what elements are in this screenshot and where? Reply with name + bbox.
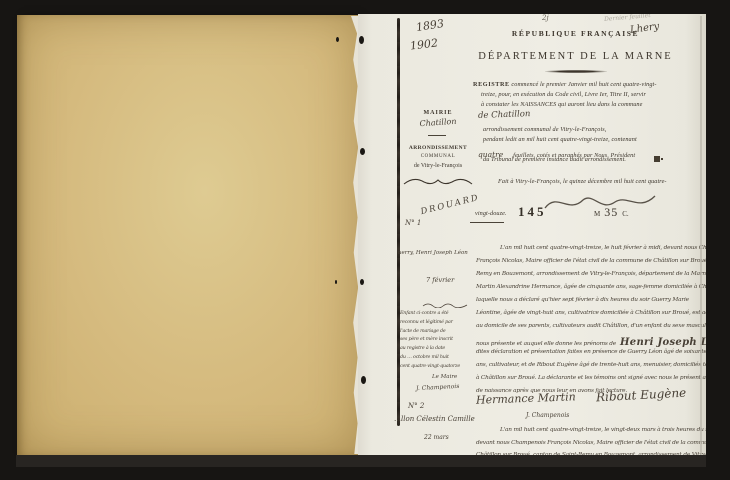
- year-annotation-bottom: 1902: [409, 36, 438, 52]
- blank-left-page: [17, 15, 358, 455]
- ornament-rule: [545, 70, 607, 73]
- act1-number: N° 1: [405, 219, 421, 227]
- binding-hole: [360, 279, 364, 285]
- act1-body-part1: L'an mil huit cent quatre-vingt-treize, …: [476, 242, 706, 333]
- folio-number: 35: [604, 205, 618, 219]
- registre-line-1-text: commencé le premier Janvier mil huit cen…: [510, 81, 657, 88]
- margin-note-line: au registre à la date: [400, 345, 460, 354]
- ink-blot-mark: [654, 156, 660, 162]
- brace-ornament-icon: [402, 176, 474, 186]
- margin-note-line: ses père et mère inscrit: [400, 336, 460, 345]
- folio-prefix: M: [594, 210, 600, 218]
- registre-line-3: à constater les NAISSANCES qui auront li…: [481, 101, 642, 108]
- binding-speck: [335, 280, 337, 284]
- act1-margin-note: Enfant ci-contre a étéreconnu et légitim…: [400, 310, 460, 372]
- act-body-line: L'an mil huit cent quatre-vingt-treize, …: [476, 424, 706, 437]
- overwritten-surname: DROUARD: [420, 193, 481, 217]
- act-body-line: dites déclaration et présentation faites…: [476, 346, 706, 359]
- margin-dash: [428, 135, 446, 136]
- act1-margin-note-signature: J. Champenois: [416, 383, 460, 392]
- page-bottom-shadow: [16, 455, 706, 467]
- binding-hole: [360, 148, 365, 155]
- closing-underline: [470, 222, 504, 223]
- register-scan: 1893 1902 2j Dernier feuillet Lhery RÉPU…: [0, 0, 730, 480]
- closing-line-1: Fait à Vitry-le-François, le quinze déce…: [498, 178, 667, 185]
- registre-line-1: REGISTRE commencé le premier Janvier mil…: [473, 81, 657, 88]
- binding-hole: [361, 376, 366, 384]
- closing-line-2: vingt-douze.: [475, 210, 507, 217]
- registre-keyword: REGISTRE: [473, 81, 510, 88]
- act-body-line: laquelle nous a déclaré qu'hier sept fév…: [476, 294, 706, 307]
- folio-suffix: C.: [622, 210, 628, 218]
- register-right-page: 1893 1902 2j Dernier feuillet Lhery RÉPU…: [358, 14, 706, 456]
- registre-line-7: du Tribunal de première instance dudit a…: [483, 156, 626, 163]
- binding-hole: [359, 36, 364, 44]
- signature-mayor: J. Champenois: [526, 412, 569, 419]
- margin-note-line: du … octobre mil huit: [400, 354, 460, 363]
- page-stack-edge: [700, 16, 702, 456]
- commune-handwritten: de Chatillon: [478, 109, 531, 121]
- folio-stamp: M 35 C.: [594, 203, 629, 221]
- act1-margin-date: 7 février: [426, 276, 454, 284]
- act1-margin-note-signoff: Le Maire: [432, 374, 457, 380]
- act-body-line: L'an mil huit cent quatre-vingt-treize, …: [476, 242, 706, 255]
- margin-note-line: l'acte de mariage de: [400, 328, 460, 337]
- margin-note-line: Enfant ci-contre a été: [400, 310, 460, 319]
- act1-margin-name: uerry, Henri Joseph Léon: [398, 250, 468, 256]
- act-body-line: ans, cultivateur, et de Ribout Eugène âg…: [476, 359, 706, 372]
- margin-note-line: reconnu et légitimé par: [400, 319, 460, 328]
- ink-mark: 2j: [542, 14, 549, 22]
- republic-title: RÉPUBLIQUE FRANÇAISE: [468, 29, 683, 38]
- communal-label: COMMUNAL: [402, 154, 474, 159]
- arrondissement-place-label: de Vitry-le-François: [398, 163, 478, 169]
- registre-line-2: treize, pour, en exécution du Code civil…: [481, 91, 646, 98]
- year-annotation-top: 1893: [415, 17, 445, 34]
- act-body-line: Martin Alexandrine Hermance, âgée de cin…: [476, 281, 706, 294]
- act-body-line: devant nous Champenois François Nicolas,…: [476, 437, 706, 450]
- pencil-note: Dernier feuillet: [604, 14, 651, 23]
- act-body-line: Remy en Bouzemont, arrondissement de Vit…: [476, 268, 706, 281]
- signature-declarant: Hermance Martin: [476, 390, 576, 406]
- arrondissement-label: ARRONDISSEMENT: [398, 145, 478, 151]
- binding-speck: [336, 37, 339, 42]
- registre-line-5: pendant ledit an mil huit cent quatre-vi…: [483, 136, 637, 143]
- act2-margin-name: …llon Célestin Camille: [394, 415, 475, 423]
- act-body-line: à Châtillon sur Broué. La déclarante et …: [476, 372, 706, 385]
- act2-body: L'an mil huit cent quatre-vingt-treize, …: [476, 424, 706, 456]
- registre-line-4: arrondissement communal de Vitry-le-Fran…: [483, 126, 606, 133]
- act2-number: N° 2: [408, 402, 424, 410]
- margin-squiggle-icon: [422, 302, 468, 308]
- act-body-line: Léontine, âgée de vingt-huit ans, cultiv…: [476, 307, 706, 320]
- act2-margin-date: 22 mars: [424, 434, 449, 441]
- margin-note-line: cent quatre-vingt-quatorze: [400, 363, 460, 372]
- mairie-commune-handwritten: Chatillon: [402, 115, 474, 129]
- act-body-line: François Nicolas, Maire officier de l'ét…: [476, 255, 706, 268]
- department-title: DÉPARTEMENT DE LA MARNE: [453, 51, 698, 62]
- mairie-label: MAIRIE: [402, 110, 474, 116]
